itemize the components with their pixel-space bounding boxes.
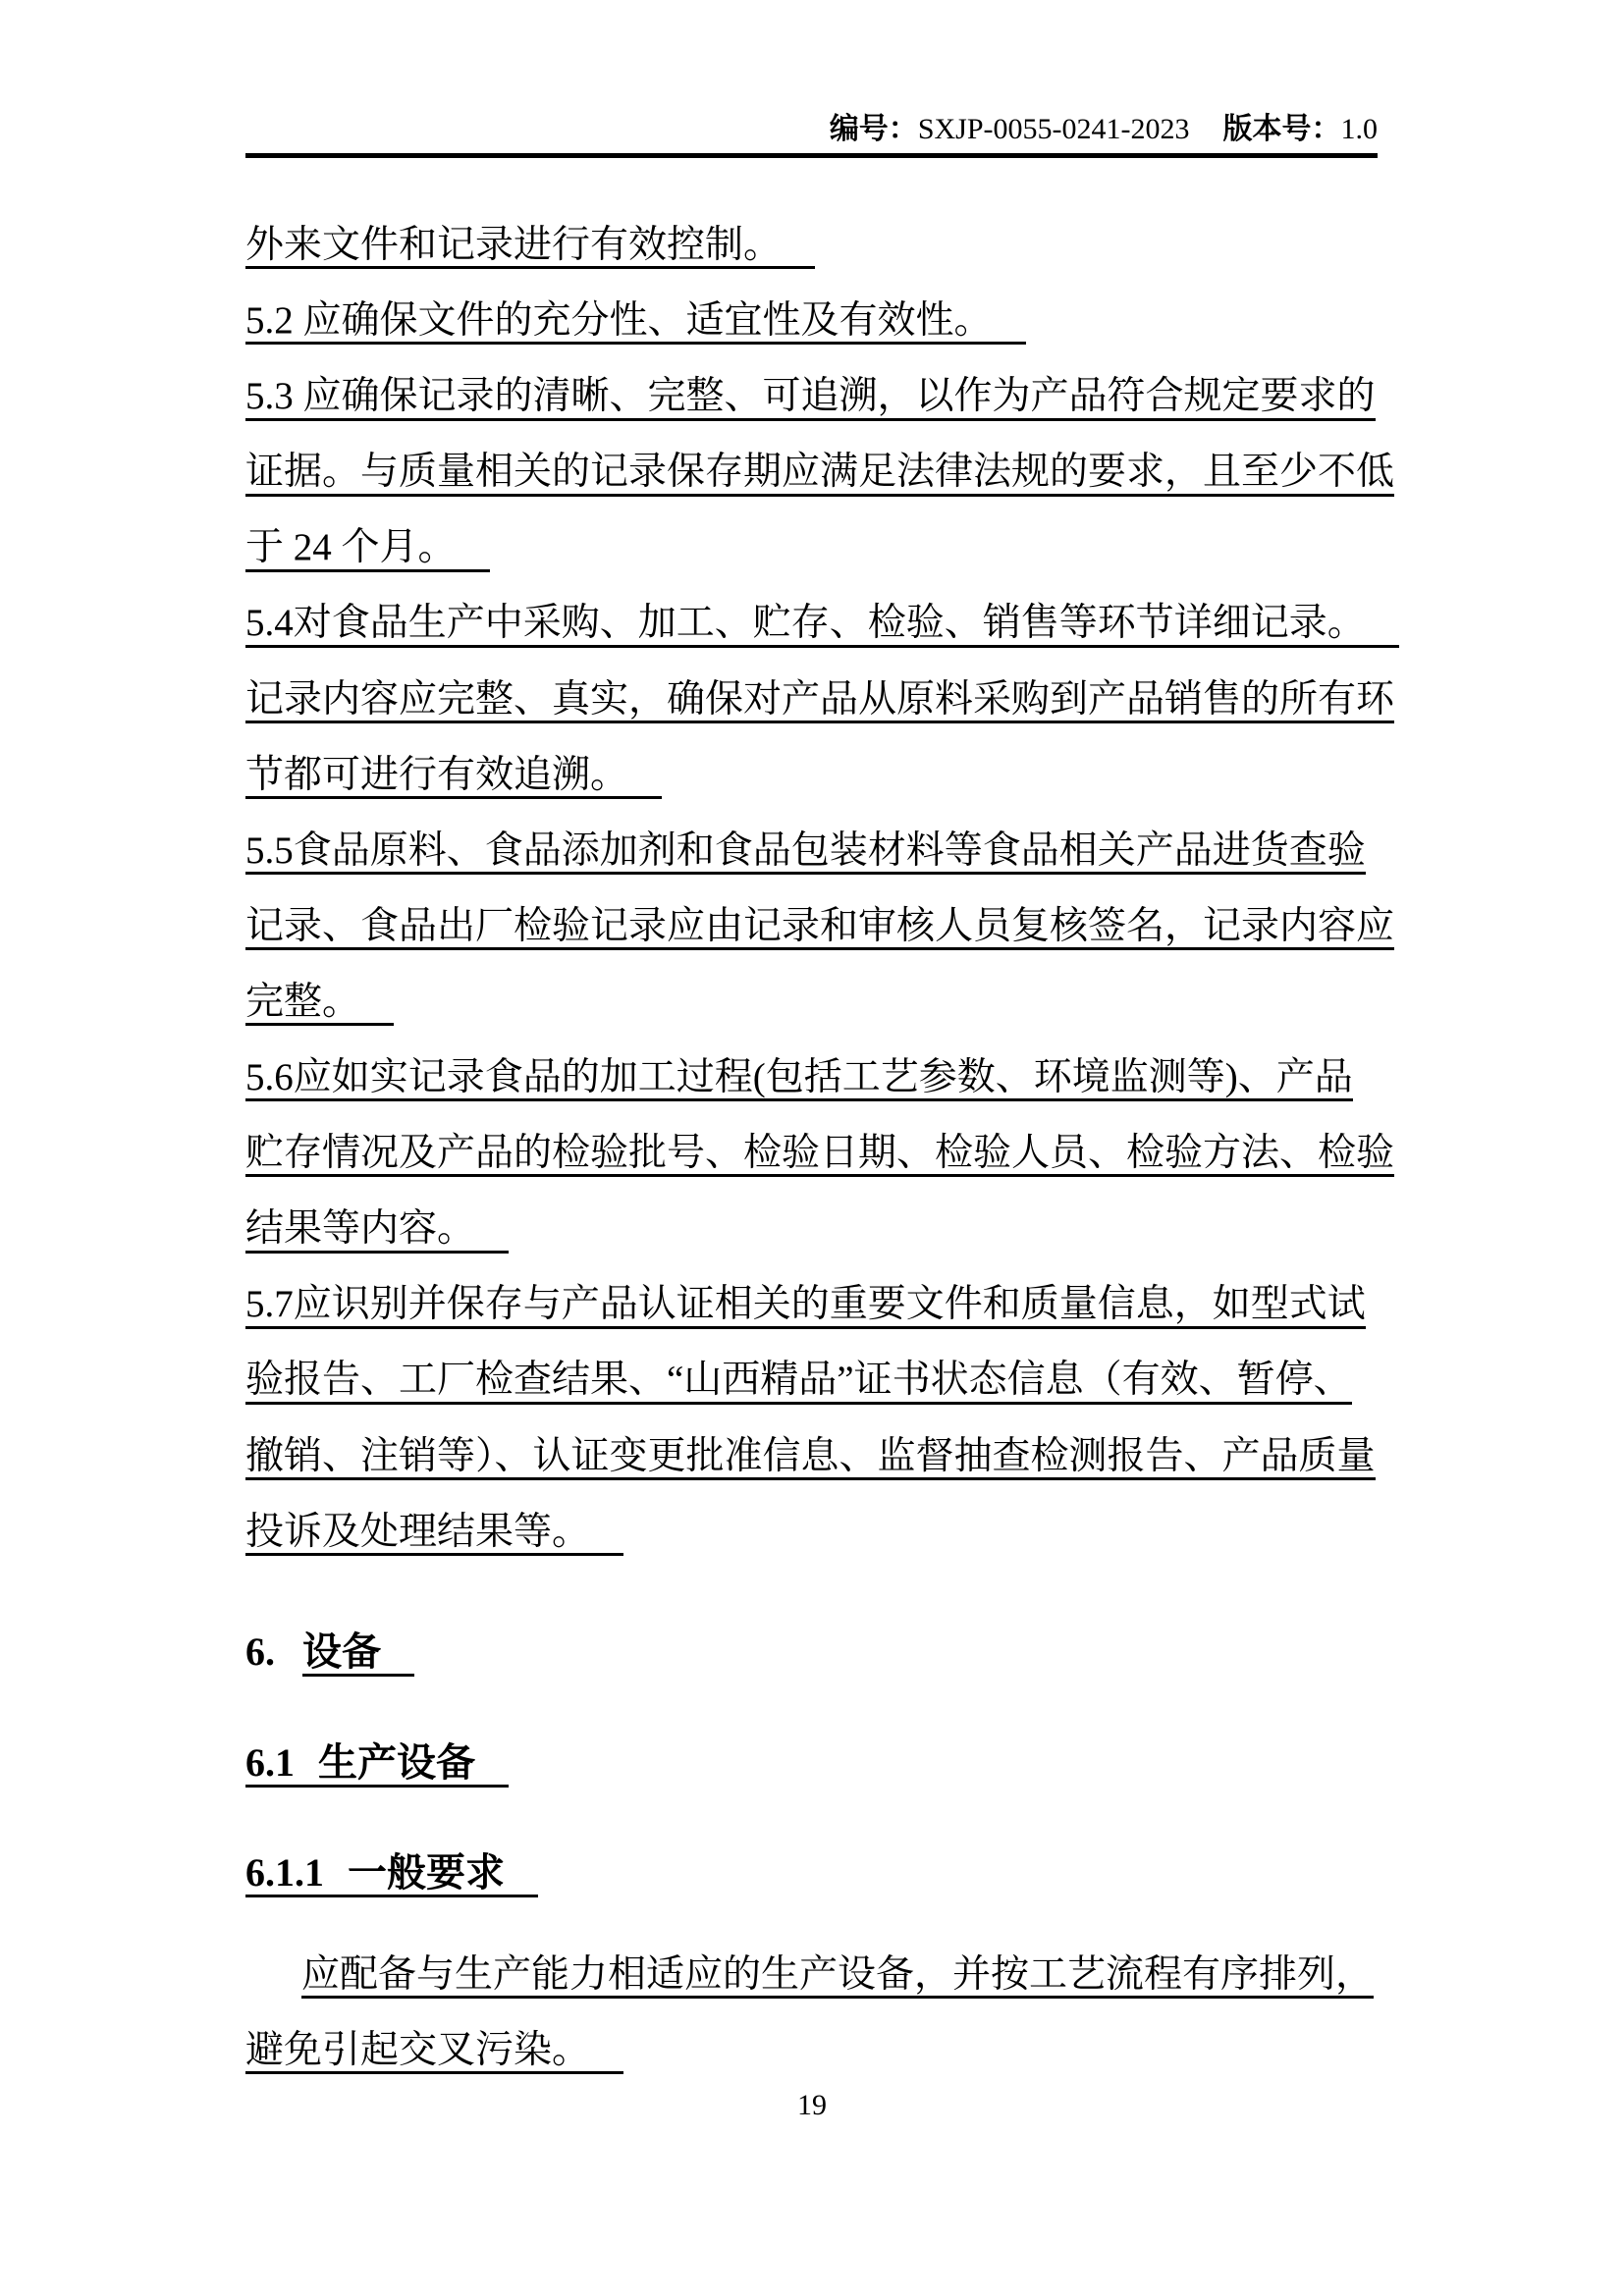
version-value: 1.0 bbox=[1341, 113, 1379, 145]
section-heading-text: 6.1生产设备 bbox=[245, 1742, 509, 1788]
section-title: 生产设备 bbox=[318, 1740, 475, 1785]
body-line: 5.7应识别并保存与产品认证相关的重要文件和质量信息，如型式试 bbox=[245, 1284, 1414, 1360]
body-line: 贮存情况及产品的检验批号、检验日期、检验人员、检验方法、检验 bbox=[245, 1133, 1414, 1208]
body-line: 5.2 应确保文件的充分性、适宜性及有效性。 bbox=[245, 300, 1414, 376]
body-line-text: 5.5食品原料、食品添加剂和食品包装材料等食品相关产品进货查验 bbox=[245, 830, 1366, 875]
body-line-text: 结果等内容。 bbox=[245, 1208, 509, 1253]
paragraph-line-text: 避免引起交叉污染。 bbox=[245, 2030, 623, 2074]
body-line-text: 于 24 个月。 bbox=[245, 527, 490, 571]
section-title: 设备 bbox=[302, 1631, 414, 1677]
body-line: 记录、食品出厂检验记录应由记录和审核人员复核签名，记录内容应 bbox=[245, 906, 1414, 982]
body-line: 外来文件和记录进行有效控制。 bbox=[245, 225, 1414, 300]
doc-number-label: 编号： bbox=[830, 113, 918, 145]
version-label: 版本号： bbox=[1223, 113, 1341, 145]
section-heading-6: 6.设备 bbox=[245, 1629, 414, 1677]
body-line-text: 完整。 bbox=[245, 982, 394, 1026]
section-title: 一般要求 bbox=[348, 1850, 505, 1895]
body-line: 节都可进行有效追溯。 bbox=[245, 755, 1414, 830]
doc-number-value: SXJP-0055-0241-2023 bbox=[918, 113, 1190, 145]
body-line: 验报告、工厂检查结果、“山西精品”证书状态信息（有效、暂停、 bbox=[245, 1360, 1414, 1435]
body-line: 5.5食品原料、食品添加剂和食品包装材料等食品相关产品进货查验 bbox=[245, 830, 1414, 906]
page-number: 19 bbox=[0, 2089, 1624, 2122]
paragraph-line: 应配备与生产能力相适应的生产设备，并按工艺流程有序排列， bbox=[245, 1954, 1414, 2030]
body-line-text: 5.7应识别并保存与产品认证相关的重要文件和质量信息，如型式试 bbox=[245, 1284, 1366, 1328]
body-line-text: 贮存情况及产品的检验批号、检验日期、检验人员、检验方法、检验 bbox=[245, 1133, 1394, 1177]
body-line-text: 5.2 应确保文件的充分性、适宜性及有效性。 bbox=[245, 300, 1026, 345]
body-line: 5.4对食品生产中采购、加工、贮存、检验、销售等环节详细记录。 bbox=[245, 603, 1414, 678]
body-line: 投诉及处理结果等。 bbox=[245, 1512, 1414, 1587]
section-number: 6.1 bbox=[245, 1740, 295, 1785]
body-line-text: 外来文件和记录进行有效控制。 bbox=[245, 225, 815, 269]
section-heading-text: 6.1.1一般要求 bbox=[245, 1852, 538, 1897]
section-heading-6-1: 6.1生产设备 bbox=[245, 1739, 509, 1788]
body-line: 撤销、注销等）、认证变更批准信息、监督抽查检测报告、产品质量 bbox=[245, 1436, 1414, 1512]
body-line-text: 5.3 应确保记录的清晰、完整、可追溯，以作为产品符合规定要求的 bbox=[245, 376, 1376, 420]
body-line-text: 记录、食品出厂检验记录应由记录和审核人员复核签名，记录内容应 bbox=[245, 906, 1394, 950]
body-text: 外来文件和记录进行有效控制。 5.2 应确保文件的充分性、适宜性及有效性。 5.… bbox=[245, 225, 1414, 1587]
body-line: 证据。与质量相关的记录保存期应满足法律法规的要求，且至少不低 bbox=[245, 452, 1414, 527]
body-line-text: 5.4对食品生产中采购、加工、贮存、检验、销售等环节详细记录。 bbox=[245, 603, 1399, 647]
body-line-text: 证据。与质量相关的记录保存期应满足法律法规的要求，且至少不低 bbox=[245, 452, 1394, 496]
paragraph-line-text: 应配备与生产能力相适应的生产设备，并按工艺流程有序排列， bbox=[301, 1954, 1374, 1999]
body-line-text: 5.6应如实记录食品的加工过程(包括工艺参数、环境监测等)、产品 bbox=[245, 1057, 1353, 1101]
body-line: 5.6应如实记录食品的加工过程(包括工艺参数、环境监测等)、产品 bbox=[245, 1057, 1414, 1133]
closing-paragraph: 应配备与生产能力相适应的生产设备，并按工艺流程有序排列， 避免引起交叉污染。 bbox=[245, 1954, 1414, 2106]
body-line-text: 撤销、注销等）、认证变更批准信息、监督抽查检测报告、产品质量 bbox=[245, 1436, 1376, 1480]
body-line-text: 记录内容应完整、真实，确保对产品从原料采购到产品销售的所有环 bbox=[245, 679, 1394, 723]
body-line: 完整。 bbox=[245, 982, 1414, 1057]
body-line: 于 24 个月。 bbox=[245, 527, 1414, 603]
body-line-text: 验报告、工厂检查结果、“山西精品”证书状态信息（有效、暂停、 bbox=[245, 1360, 1352, 1404]
header-rule bbox=[245, 153, 1378, 158]
section-number: 6. bbox=[245, 1629, 275, 1674]
body-line: 5.3 应确保记录的清晰、完整、可追溯，以作为产品符合规定要求的 bbox=[245, 376, 1414, 452]
body-line-text: 投诉及处理结果等。 bbox=[245, 1512, 623, 1556]
section-number: 6.1.1 bbox=[245, 1850, 324, 1895]
body-line-text: 节都可进行有效追溯。 bbox=[245, 755, 662, 799]
section-heading-6-1-1: 6.1.1一般要求 bbox=[245, 1849, 538, 1897]
page-header: 编号：SXJP-0055-0241-2023版本号：1.0 bbox=[830, 112, 1378, 147]
body-line: 记录内容应完整、真实，确保对产品从原料采购到产品销售的所有环 bbox=[245, 679, 1414, 755]
document-page: 编号：SXJP-0055-0241-2023版本号：1.0 外来文件和记录进行有… bbox=[0, 0, 1624, 2296]
body-line: 结果等内容。 bbox=[245, 1208, 1414, 1284]
